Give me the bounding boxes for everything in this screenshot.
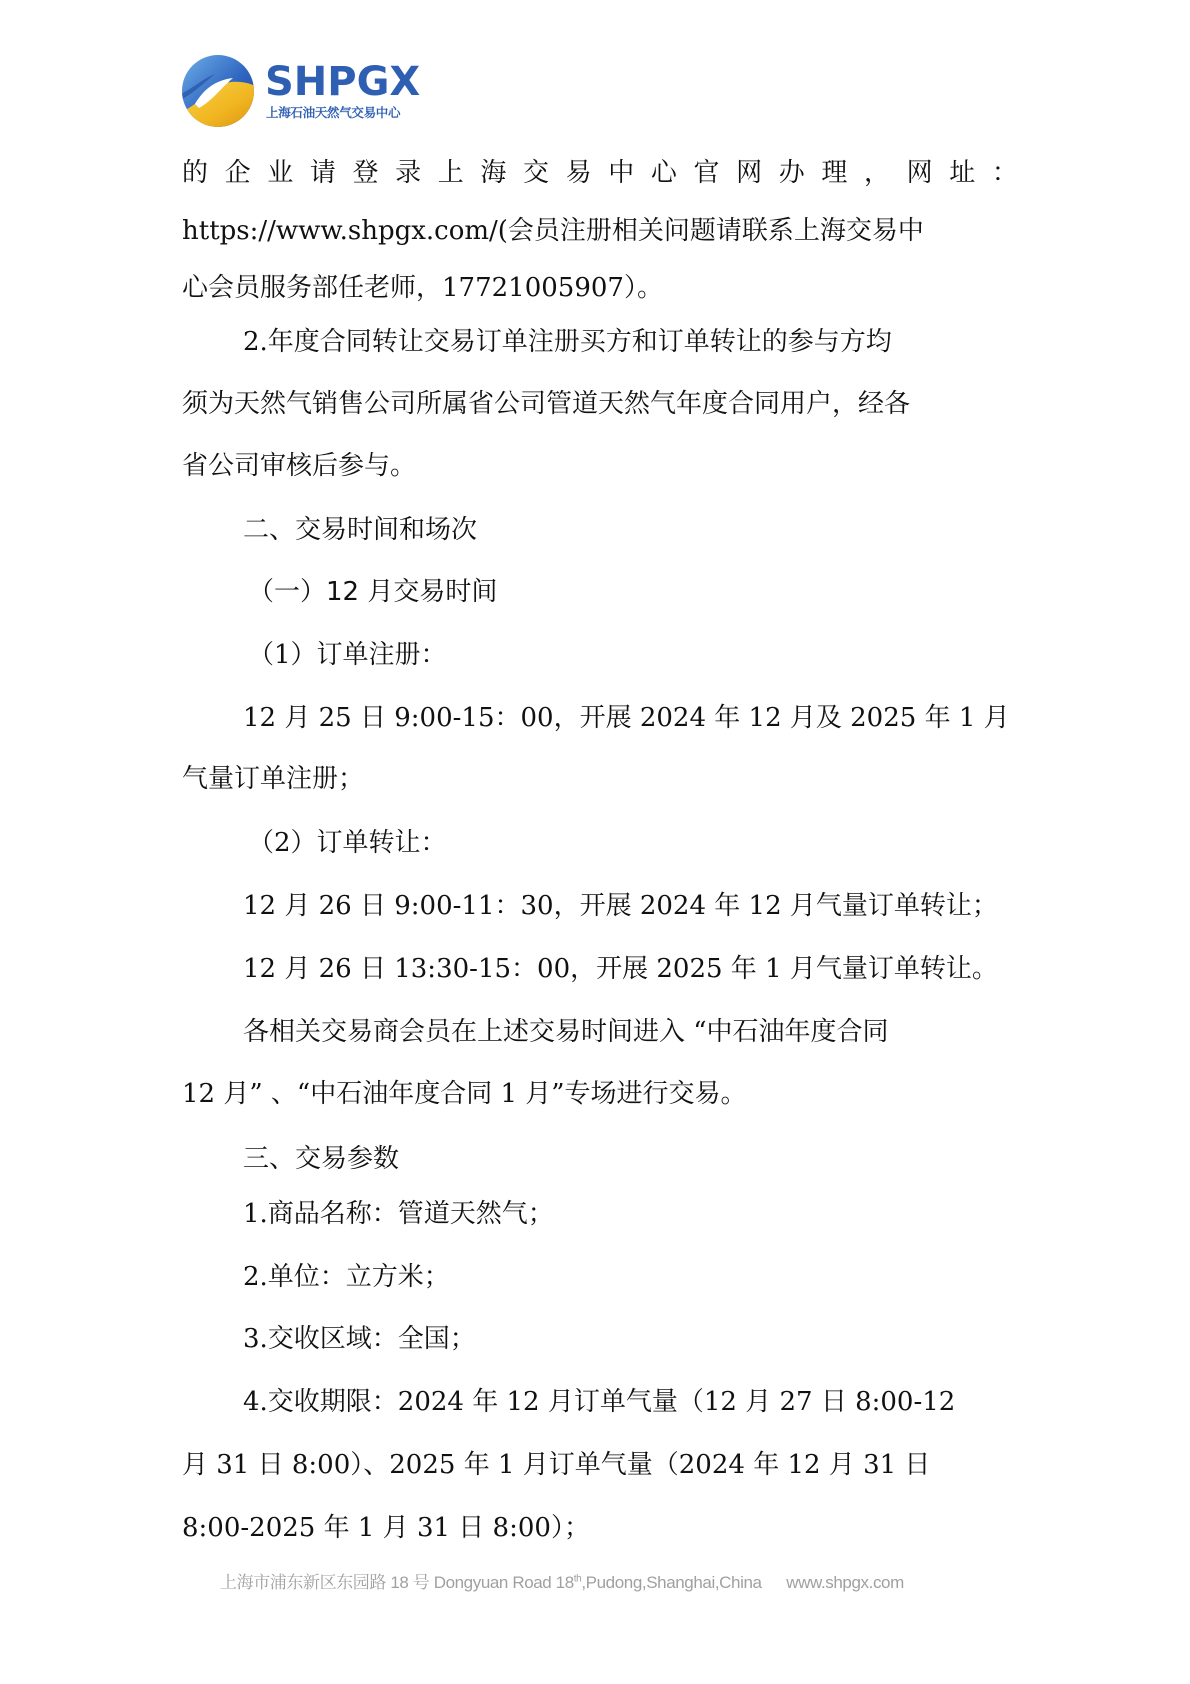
- para1-line1-char: 企: [225, 157, 251, 189]
- para2-line3: 省公司审核后参与。: [182, 450, 1018, 482]
- item2-label: （2）订单转让：: [248, 827, 1084, 859]
- para1-line1-char: 的: [182, 157, 208, 189]
- para1-line1-char: 网: [736, 157, 762, 189]
- para1-line1-char: ，: [864, 157, 890, 189]
- param-4-line3: 8:00-2025 年 1 月 31 日 8:00）；: [182, 1512, 1018, 1544]
- para1-line1-char: 登: [353, 157, 379, 189]
- para1-line1-char: 理: [821, 157, 847, 189]
- param-4-line2: 月 31 日 8:00）、2025 年 1 月订单气量（2024 年 12 月 …: [182, 1449, 1018, 1481]
- para1-line1-char: 网: [907, 157, 933, 189]
- footer-address-en-city: ,Pudong,Shanghai,China: [581, 1573, 761, 1592]
- footer-address-en: Dongyuan Road 18th,Pudong,Shanghai,China: [434, 1573, 762, 1592]
- para1-line1-char: 请: [310, 157, 336, 189]
- page-footer: 上海市浦东新区东园路 18 号 Dongyuan Road 18th,Pudon…: [220, 1568, 980, 1593]
- para1-line1-char: 官: [694, 157, 720, 189]
- para1-line1-char: 办: [779, 157, 805, 189]
- param-3: 3.交收区域：全国；: [243, 1323, 1018, 1355]
- para1-line1-char: 上: [438, 157, 464, 189]
- footer-website-link[interactable]: www.shpgx.com: [786, 1573, 904, 1592]
- para1-line1-char: 易: [566, 157, 592, 189]
- para1-line1-char: 中: [608, 157, 634, 189]
- para1-line1-char: 心: [651, 157, 677, 189]
- para3-line2: 12 月” 、“中石油年度合同 1 月”专场进行交易。: [182, 1078, 1018, 1110]
- footer-address-cn: 上海市浦东新区东园路 18 号: [220, 1573, 429, 1592]
- para2-line1: 2.年度合同转让交易订单注册买方和订单转让的参与方均: [243, 326, 1018, 358]
- para1-line1-char: 海: [480, 157, 506, 189]
- para1-line3: 心会员服务部任老师，17721005907）。: [182, 272, 1018, 304]
- section3-heading: 三、交易参数: [243, 1143, 1018, 1175]
- shpgx-logo-mark-icon: [181, 54, 255, 128]
- para2-line2: 须为天然气销售公司所属省公司管道天然气年度合同用户，经各: [182, 388, 1018, 420]
- logo-wordmark: SHPGX: [265, 62, 420, 102]
- para1-line1-char: 业: [267, 157, 293, 189]
- item1-line1: 12 月 25 日 9:00-15：00，开展 2024 年 12 月及 202…: [243, 702, 1018, 734]
- para1-line1-char: 录: [395, 157, 421, 189]
- param-4-line1: 4.交收期限：2024 年 12 月订单气量（12 月 27 日 8:00-12: [243, 1386, 1018, 1418]
- para1-line2: https://www.shpgx.com/(会员注册相关问题请联系上海交易中: [182, 215, 1018, 247]
- logo-subtitle: 上海石油天然气交易中心: [266, 106, 400, 120]
- item1-line2: 气量订单注册；: [182, 763, 1018, 795]
- item2-line2: 12 月 26 日 13:30-15：00，开展 2025 年 1 月气量订单转…: [243, 953, 1018, 985]
- item2-line1: 12 月 26 日 9:00-11：30，开展 2024 年 12 月气量订单转…: [243, 890, 1018, 922]
- param-1: 1.商品名称：管道天然气；: [243, 1198, 1018, 1230]
- item1-label: （1）订单注册：: [248, 639, 1084, 671]
- para1-line1-char: ：: [992, 157, 1018, 189]
- subsection1-heading: （一）12 月交易时间: [248, 576, 1084, 608]
- section2-heading: 二、交易时间和场次: [243, 514, 1018, 546]
- shpgx-logo: SHPGX 上海石油天然气交易中心: [181, 54, 421, 132]
- param-2: 2.单位：立方米；: [243, 1261, 1018, 1293]
- footer-address-en-street: Dongyuan Road 18: [434, 1573, 574, 1592]
- para1-line1-char: 交: [523, 157, 549, 189]
- para1-line1-char: 址: [949, 157, 975, 189]
- para1-line1: 的企业请登录上海交易中心官网办理，网址：: [182, 157, 1018, 189]
- para3-line1: 各相关交易商会员在上述交易时间进入 “中石油年度合同: [243, 1016, 1018, 1048]
